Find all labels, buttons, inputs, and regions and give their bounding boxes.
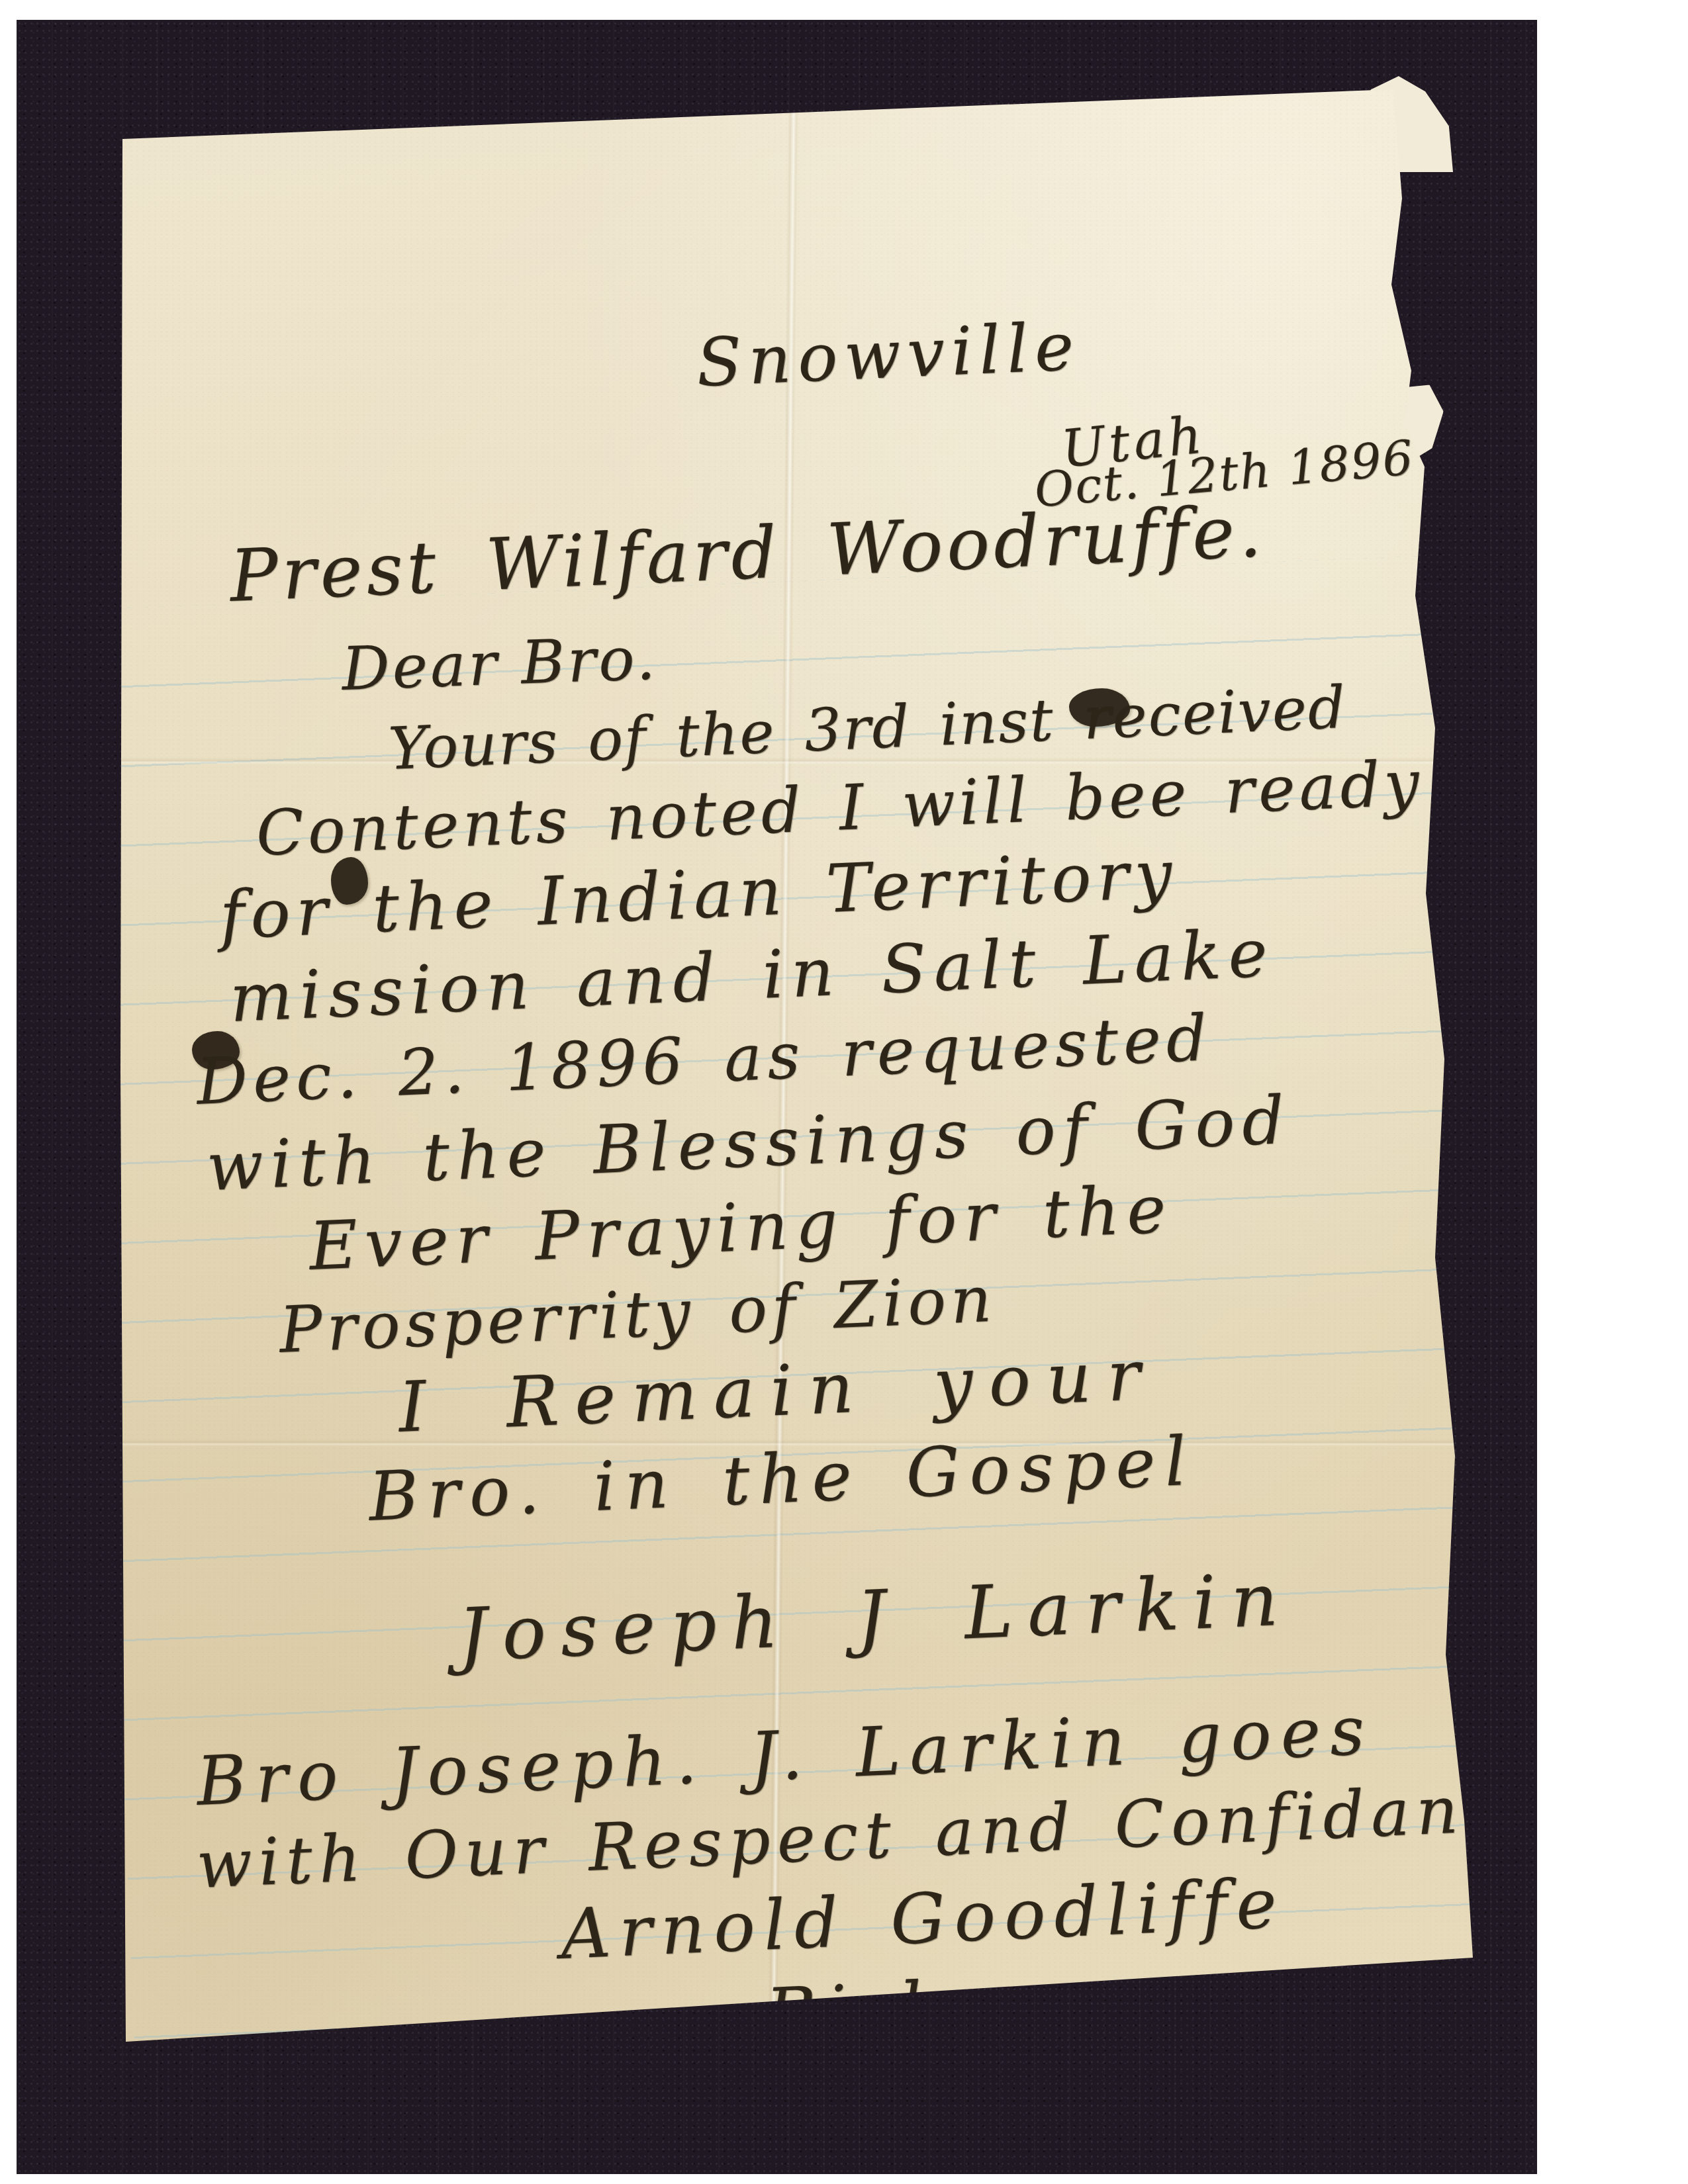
letter-paper: Snowville Utah Oct. 12th 1896 Prest Wilf… xyxy=(93,79,1483,2071)
photo-mat: Snowville Utah Oct. 12th 1896 Prest Wilf… xyxy=(17,20,1537,2174)
letter-place: Snowville xyxy=(695,314,1082,396)
salutation-line: Dear Bro. xyxy=(341,629,659,700)
endorsement-title: Bishop xyxy=(765,1967,1056,2048)
